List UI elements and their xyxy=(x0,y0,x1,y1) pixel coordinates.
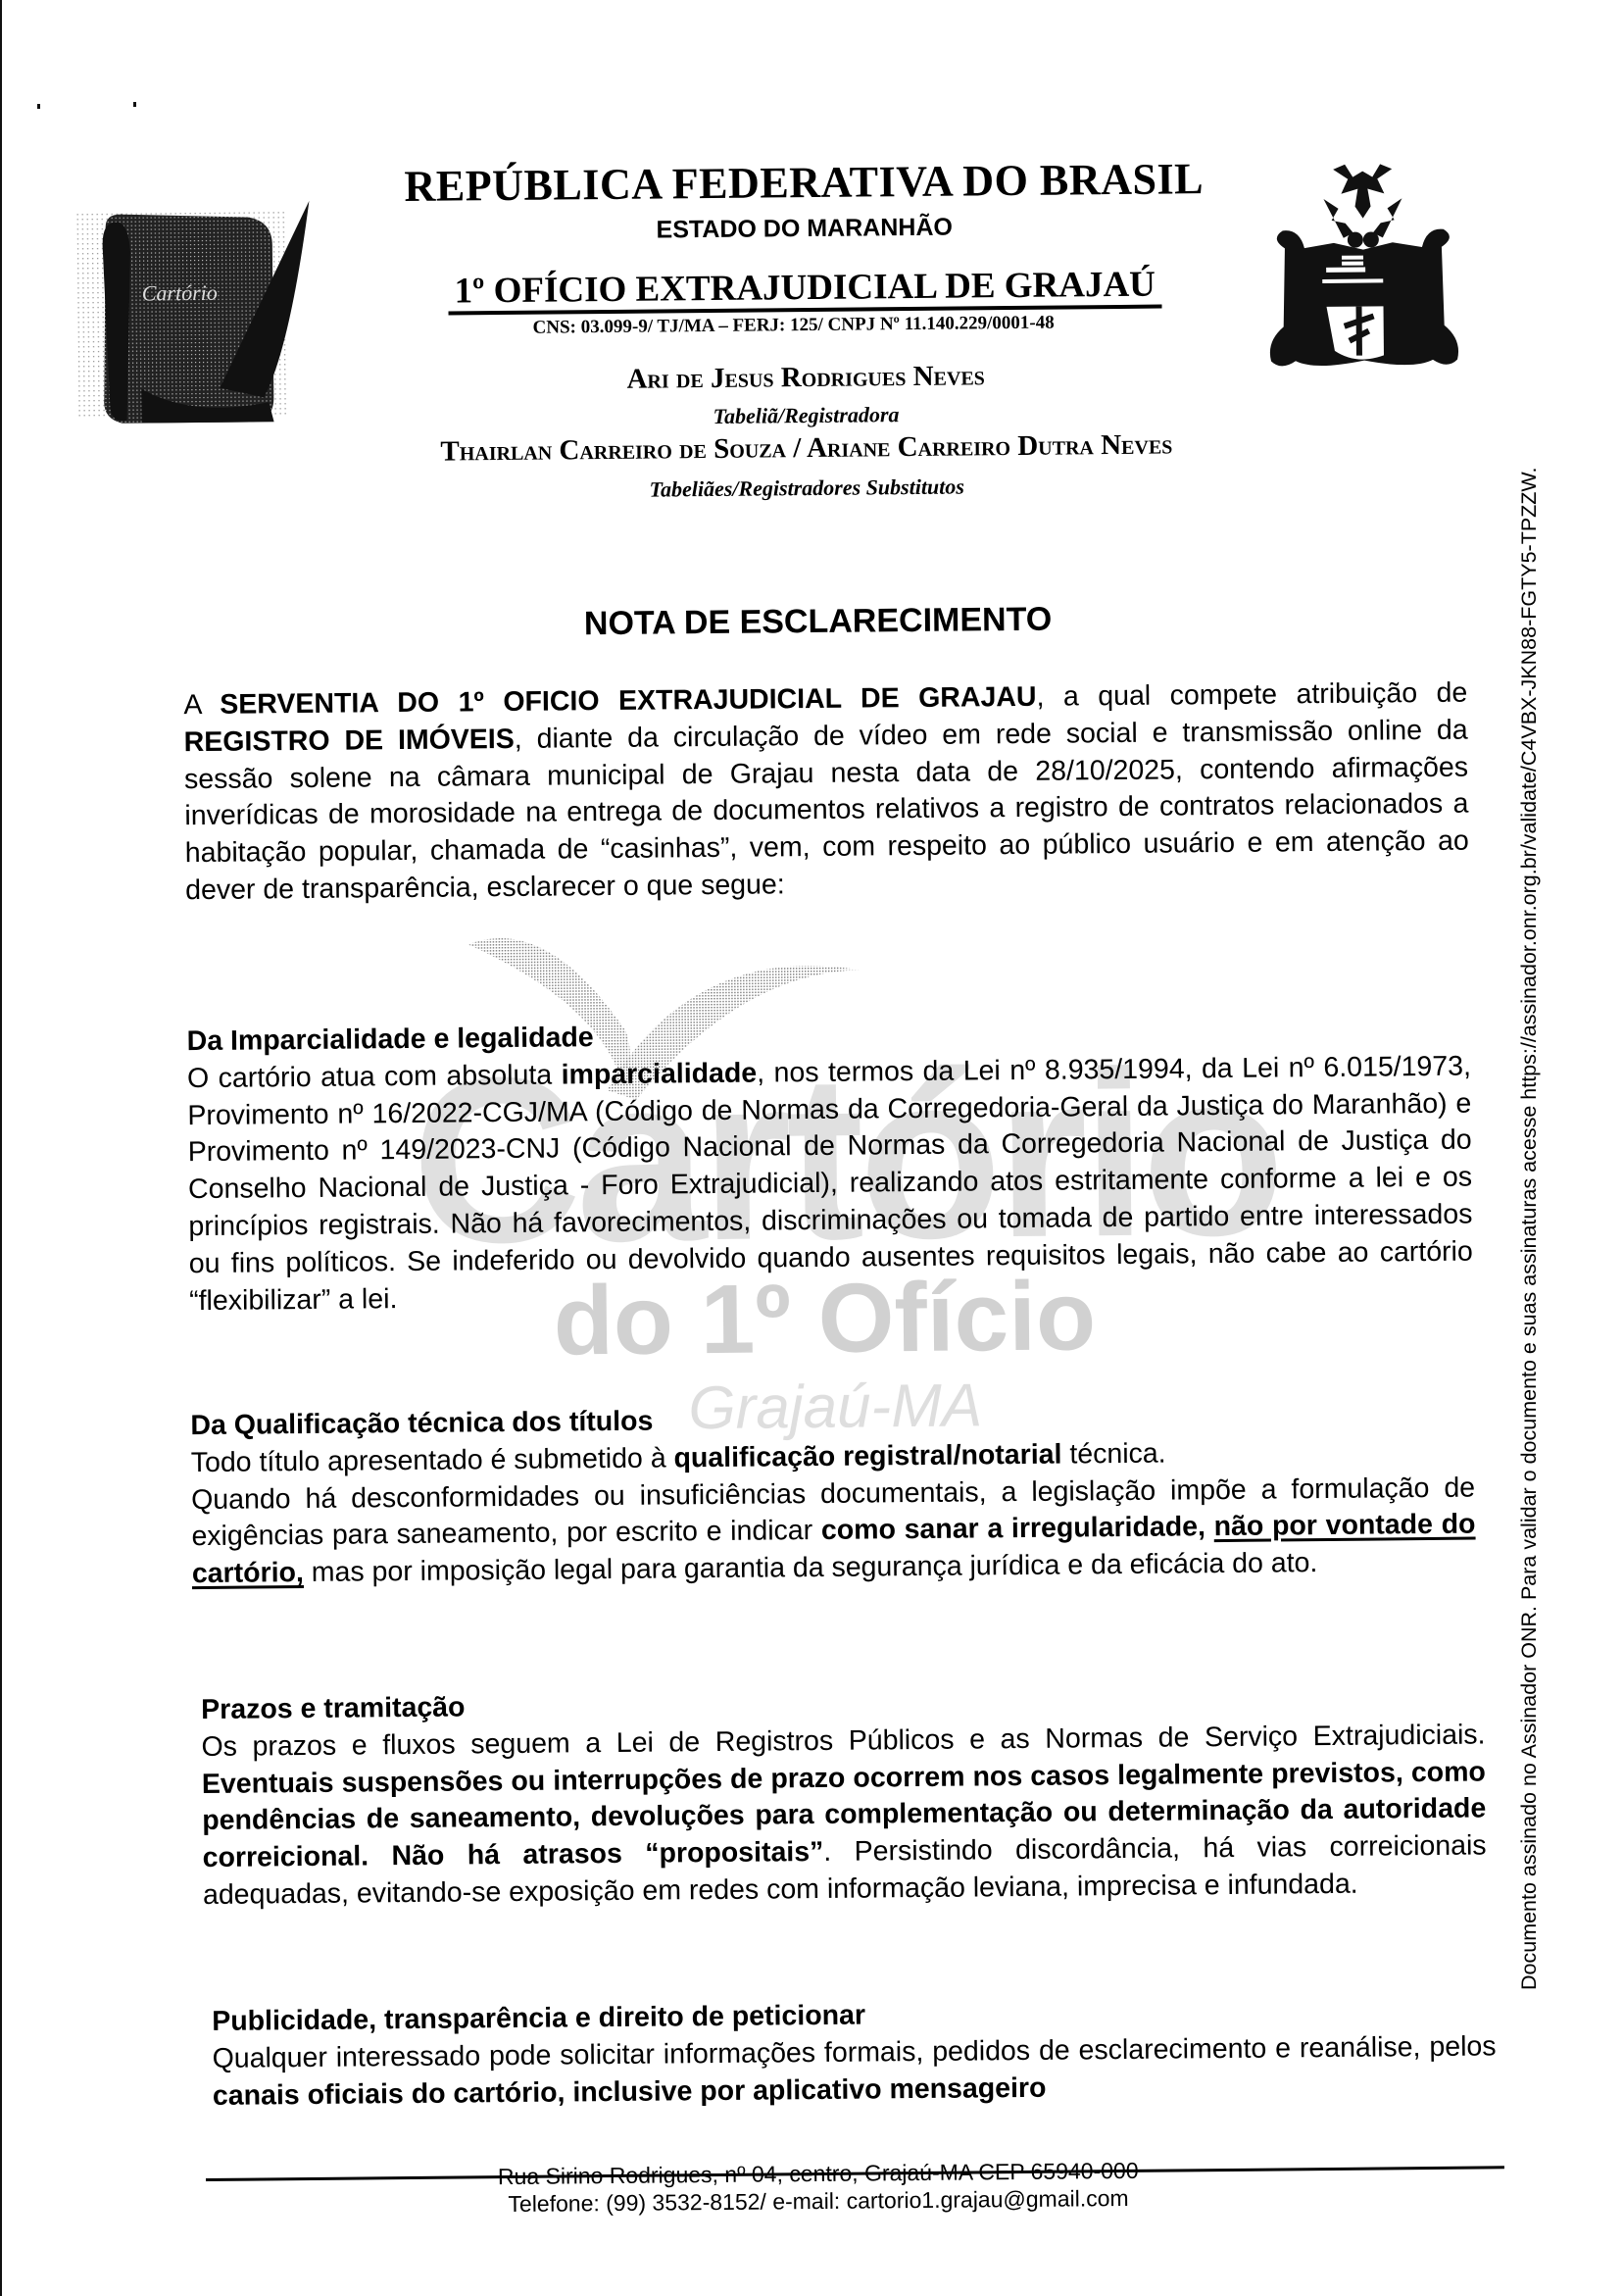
office-name: 1º OFÍCIO EXTRAJUDICIAL DE GRAJAÚ xyxy=(448,265,1161,316)
section-bold-text: imparcialidade xyxy=(561,1057,757,1090)
scanned-content: Cartório REPÚBLICA FEDERATIVA DO BRASIL … xyxy=(0,0,1623,2296)
registry-ids: CNS: 03.099-9/ TJ/MA – FERJ: 125/ CNPJ N… xyxy=(255,310,1333,342)
document-page: Cartório REPÚBLICA FEDERATIVA DO BRASIL … xyxy=(0,0,1623,2296)
section-text: O cartório atua com absoluta xyxy=(187,1059,562,1094)
section-text: Todo título apresentado é submetido à xyxy=(191,1442,674,1478)
section-qualification: Da Qualificação técnica dos títulos Todo… xyxy=(190,1396,1476,1594)
section-publicity: Publicidade, transparência e direito de … xyxy=(212,1991,1497,2115)
office-heading: 1º OFÍCIO EXTRAJUDICIAL DE GRAJAÚ xyxy=(266,262,1344,315)
section-bold-text: canais oficiais do cartório, inclusive p… xyxy=(213,2071,1047,2111)
republic-heading: REPÚBLICA FEDERATIVA DO BRASIL xyxy=(275,152,1332,213)
intro-text: , a qual compete atribuição de xyxy=(1036,677,1467,713)
intro-paragraph: A SERVENTIA DO 1º OFICIO EXTRAJUDICIAL D… xyxy=(183,675,1469,910)
document-title: NOTA DE ESCLARECIMENTO xyxy=(327,598,1307,646)
svg-text:Cartório: Cartório xyxy=(142,280,218,306)
section-bold-text: qualificação registral/notarial xyxy=(673,1438,1061,1473)
state-heading: ESTADO DO MARANHÃO xyxy=(266,210,1344,249)
substitutes-names: Thairlan Carreiro de Souza / Ariane Carr… xyxy=(189,426,1424,471)
signature-validation-note: Documento assinado no Assinador ONR. Par… xyxy=(1517,304,1542,1990)
substitutes-role: Tabeliães/Registradores Substitutos xyxy=(268,471,1346,507)
section-text: técnica. xyxy=(1061,1437,1165,1470)
section-impartiality: Da Imparcialidade e legalidade O cartóri… xyxy=(186,1012,1473,1321)
intro-bold-entity: SERVENTIA DO 1º OFICIO EXTRAJUDICIAL DE … xyxy=(220,681,1037,721)
intro-bold-registry: REGISTRO DE IMÓVEIS xyxy=(184,724,515,758)
intro-text: A xyxy=(183,689,220,721)
section-deadlines: Prazos e tramitação Os prazos e fluxos s… xyxy=(201,1679,1487,1914)
section-bold-text: como sanar a irregularidade, xyxy=(821,1512,1205,1547)
section-text: mas por imposição legal para garantia da… xyxy=(304,1547,1318,1588)
holder-name: Ari de Jesus Rodrigues Neves xyxy=(267,357,1345,400)
